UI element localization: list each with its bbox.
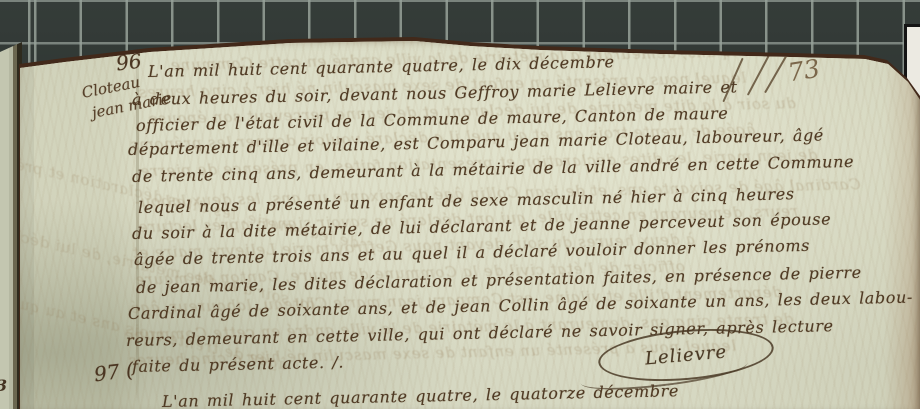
register-page: de trente cinq ans, demeurant à la métai… [20,38,920,409]
next-act-line: L'an mil huit cent quarante quatre, le q… [162,381,679,409]
photo-of-register: 3 de trente cinq ans, demeurant à la mét… [0,0,920,409]
facing-page-number: 3 [0,376,7,395]
next-act-number: 97 ( [93,358,135,387]
pen-mark-number: 73 [786,54,822,88]
act-line: faite du présent acte. /. [132,353,344,376]
facing-page-edge: 3 [0,42,22,409]
